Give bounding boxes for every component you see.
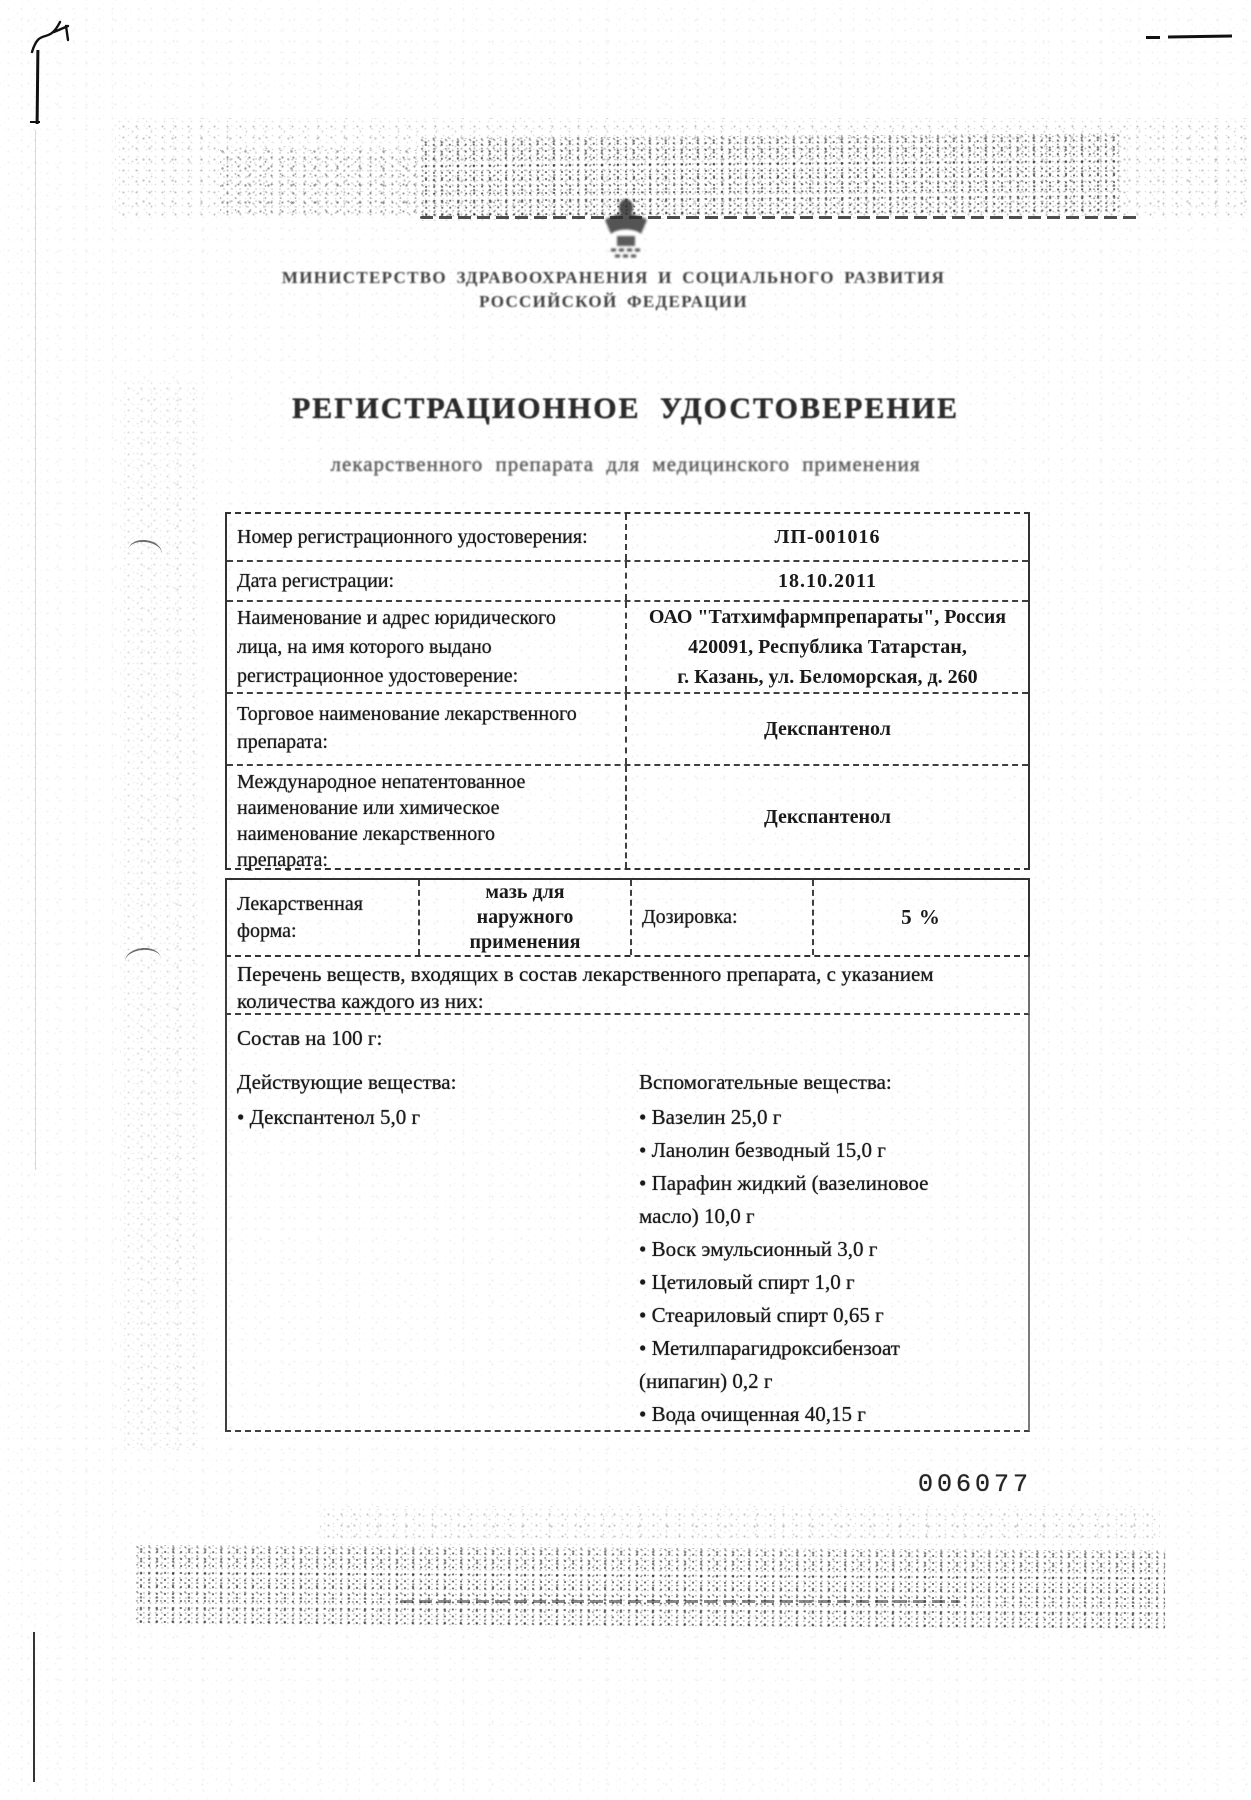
serial-number: 006077 [918, 1470, 1032, 1499]
reg-row-date: Дата регистрации: 18.10.2011 [227, 560, 1028, 600]
composition-box: Состав на 100 г: Действующие вещества: •… [225, 1015, 1030, 1432]
ministry-name-line1: МИНИСТЕРСТВО ЗДРАВООХРАНЕНИЯ И СОЦИАЛЬНО… [0, 266, 1239, 290]
row-value: ЛП-001016 [627, 514, 1028, 560]
excipients-column: Вспомогательные вещества: • Вазелин 25,0… [639, 1066, 1024, 1431]
intro-line: количества каждого из них: [237, 988, 1022, 1015]
pen-arc-mark-1 [126, 538, 163, 566]
reg-row-inn: Международное непатентованное наименован… [227, 764, 1028, 868]
holder-line: г. Казань, ул. Беломорская, д. 260 [677, 662, 977, 692]
document-subtitle: лекарственного препарата для медицинског… [0, 452, 1251, 477]
holder-line: 420091, Республика Татарстан, [688, 632, 967, 662]
form-value-line: наружного [420, 905, 630, 930]
pen-arc-mark-2 [124, 946, 162, 974]
dash-mark-short [1146, 36, 1160, 39]
form-value-line: мазь для [420, 880, 630, 905]
registration-table: Номер регистрационного удостоверения: ЛП… [225, 512, 1030, 870]
label-line: регистрационное удостоверение: [237, 662, 619, 691]
row-label: Международное непатентованное наименован… [227, 766, 627, 868]
active-substances-header: Действующие вещества: [237, 1066, 617, 1099]
scan-streak-bottom [400, 1600, 960, 1603]
row-value: ОАО "Татхимфармпрепараты", Россия 420091… [627, 602, 1028, 692]
label-line: Наименование и адрес юридического [237, 604, 619, 633]
row-label: Номер регистрационного удостоверения: [227, 514, 627, 560]
excipient-item: • Метилпарагидроксибензоат [639, 1332, 1024, 1365]
ministry-name-line2: РОССИЙСКОЙ ФЕДЕРАЦИИ [0, 290, 1239, 314]
reg-row-number: Номер регистрационного удостоверения: ЛП… [227, 514, 1028, 560]
excipient-item: • Вода очищенная 40,15 г [639, 1398, 1024, 1431]
composition-basis: Состав на 100 г: [237, 1026, 382, 1051]
scan-noise-top-left [220, 150, 420, 216]
ministry-header: МИНИСТЕРСТВО ЗДРАВООХРАНЕНИЯ И СОЦИАЛЬНО… [0, 266, 1239, 314]
dosage-label-cell: Дозировка: [630, 880, 812, 955]
reg-row-trade-name: Торговое наименование лекарственного пре… [227, 692, 1028, 764]
excipient-item: • Воск эмульсионный 3,0 г [639, 1233, 1024, 1266]
label-line: Торговое наименование лекарственного [237, 700, 619, 728]
form-label-cell: Лекарственная форма: [227, 880, 418, 955]
excipient-item: • Парафин жидкий (вазелиновое [639, 1167, 1024, 1200]
pen-vline-top-foot [30, 121, 40, 123]
scan-streak-top [420, 216, 1140, 219]
excipient-item: масло) 10,0 г [639, 1200, 1024, 1233]
row-label: Дата регистрации: [227, 562, 627, 600]
excipients-header: Вспомогательные вещества: [639, 1066, 1024, 1099]
composition-intro: Перечень веществ, входящих в состав лека… [225, 957, 1030, 1015]
dash-mark-long [1168, 34, 1232, 38]
row-label: Торговое наименование лекарственного пре… [227, 694, 627, 764]
pen-vline-bottom [33, 1632, 35, 1782]
scanned-page: МИНИСТЕРСТВО ЗДРАВООХРАНЕНИЯ И СОЦИАЛЬНО… [0, 0, 1251, 1800]
form-label-line: форма: [237, 918, 418, 945]
label-line: наименование или химическое [237, 795, 619, 821]
pen-vline-top [36, 50, 39, 124]
row-label: Наименование и адрес юридического лица, … [227, 602, 627, 692]
form-label-line: Лекарственная [237, 891, 418, 918]
active-substance-item: • Декспантенол 5,0 г [237, 1101, 617, 1134]
dosage-form-table: Лекарственная форма: мазь для наружного … [225, 878, 1030, 957]
row-value: Декспантенол [627, 694, 1028, 764]
form-value-line: применения [420, 930, 630, 955]
excipient-item: • Вазелин 25,0 г [639, 1101, 1024, 1134]
excipient-item: • Ланолин безводный 15,0 г [639, 1134, 1024, 1167]
row-value: 18.10.2011 [627, 562, 1028, 600]
dosage-value-cell: 5 % [812, 880, 1028, 955]
excipient-item: • Цетиловый спирт 1,0 г [639, 1266, 1024, 1299]
reg-row-holder: Наименование и адрес юридического лица, … [227, 600, 1028, 692]
active-substances-column: Действующие вещества: • Декспантенол 5,0… [237, 1066, 617, 1134]
coat-of-arms-emblem-icon [597, 194, 655, 264]
scan-noise-bottom [135, 1545, 1165, 1628]
label-line: лица, на имя которого выдано [237, 633, 619, 662]
label-line: препарата: [237, 847, 619, 873]
form-value-cell: мазь для наружного применения [418, 880, 630, 955]
holder-line: ОАО "Татхимфармпрепараты", Россия [649, 602, 1006, 632]
intro-line: Перечень веществ, входящих в состав лека… [237, 961, 1022, 988]
document-title: РЕГИСТРАЦИОННОЕ УДОСТОВЕРЕНИЕ [0, 392, 1251, 426]
scan-noise-left-margin [120, 380, 200, 1450]
scan-noise-top-dense [420, 134, 1121, 221]
row-value: Декспантенол [627, 766, 1028, 868]
scan-noise-top [115, 118, 1250, 218]
excipient-item: (нипагин) 0,2 г [639, 1365, 1024, 1398]
label-line: наименование лекарственного [237, 821, 619, 847]
excipient-item: • Стеариловый спирт 0,65 г [639, 1299, 1024, 1332]
scan-noise-bottom-thin [320, 1506, 1160, 1546]
label-line: Международное непатентованное [237, 769, 619, 795]
label-line: препарата: [237, 728, 619, 756]
